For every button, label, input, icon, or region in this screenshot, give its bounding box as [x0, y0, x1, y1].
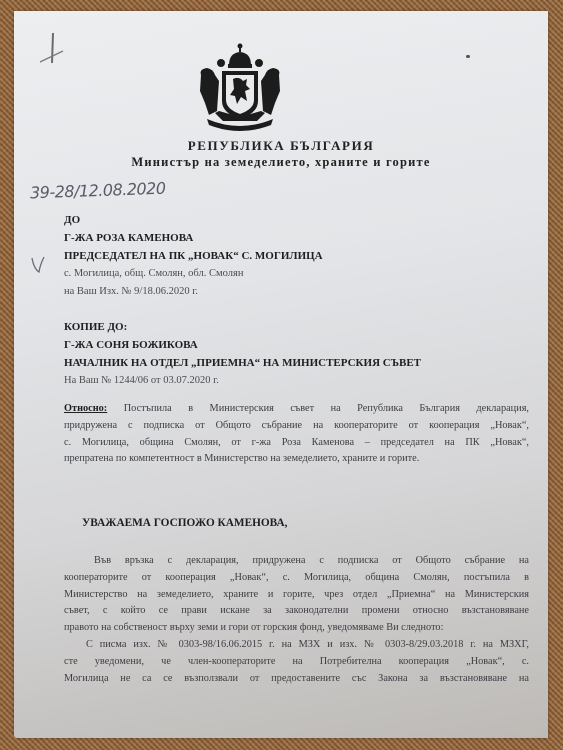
paper-speck [466, 55, 470, 58]
body-p2-line-1: С писма изх. № 0303-98/16.06.2015 г. на … [64, 637, 529, 654]
copy-to-label: КОПИЕ ДО: [64, 321, 127, 333]
subject-line-4: препратена по компетентност в Министерст… [64, 451, 529, 468]
body-p2-line-2: сте уведомени, че член-кооператорите на … [64, 654, 529, 671]
letterhead-country: РЕПУБЛИКА БЪЛГАРИЯ [14, 138, 548, 154]
recipient-position: ПРЕДСЕДАТЕЛ НА ПК „НОВАК“ С. МОГИЛИЦА [64, 250, 323, 262]
subject-label: Относно: [64, 403, 107, 414]
copy-to-position: НАЧАЛНИК НА ОТДЕЛ „ПРИЕМНА“ НА МИНИСТЕРС… [64, 357, 421, 369]
subject-block: Относно: Постъпила в Министерския съвет … [64, 401, 529, 468]
subject-line-1: Относно: Постъпила в Министерския съвет … [64, 401, 529, 418]
recipient-reference: на Ваш Изх. № 9/18.06.2020 г. [64, 286, 198, 297]
bulgaria-coat-of-arms-icon [197, 41, 283, 136]
letter-page: X РЕПУБЛИКА БЪЛГАРИЯ Министъ [14, 11, 548, 738]
handwritten-x-mark [36, 29, 66, 69]
copy-to-reference: На Ваш № 1244/06 от 03.07.2020 г. [64, 375, 219, 386]
subject-text-1: Постъпила в Министерския съвет на Републ… [124, 403, 529, 414]
handwritten-registration-number: 39-28/12.08.2020 [30, 179, 166, 203]
letterhead-ministry: Министър на земеделието, храните и горит… [14, 155, 548, 170]
body-p1-line-2: кооператорите от кооперация „Новак“, с. … [64, 570, 529, 587]
body-paragraph-1: Във връзка с декларация, придружена с по… [64, 553, 529, 637]
recipient-to-label: ДО [64, 214, 80, 226]
copy-to-name: Г-ЖА СОНЯ БОЖИКОВА [64, 339, 198, 351]
subject-line-2: придружена с подписка от Общото събрание… [64, 418, 529, 435]
recipient-address: с. Могилица, общ. Смолян, обл. Смолян [64, 268, 243, 279]
body-p1-line-1: Във връзка с декларация, придружена с по… [64, 553, 529, 570]
body-p1-line-5: правото на собственост върху земи и гори… [64, 620, 529, 637]
greeting: УВАЖАЕМА ГОСПОЖО КАМЕНОВА, [82, 517, 288, 529]
body-p1-line-3: Министерство на земеделието, храните и г… [64, 587, 529, 604]
body-p1-line-4: съвет, с който се прави искане за законо… [64, 603, 529, 620]
body-p2-line-3: Могилица не са се възползвали от предост… [64, 671, 529, 688]
body-paragraph-2: С писма изх. № 0303-98/16.06.2015 г. на … [64, 637, 529, 687]
handwritten-check-mark [30, 255, 46, 275]
recipient-name: Г-ЖА РОЗА КАМЕНОВА [64, 232, 193, 244]
subject-line-3: с. Могилица, община Смолян, от г-жа Роза… [64, 435, 529, 452]
